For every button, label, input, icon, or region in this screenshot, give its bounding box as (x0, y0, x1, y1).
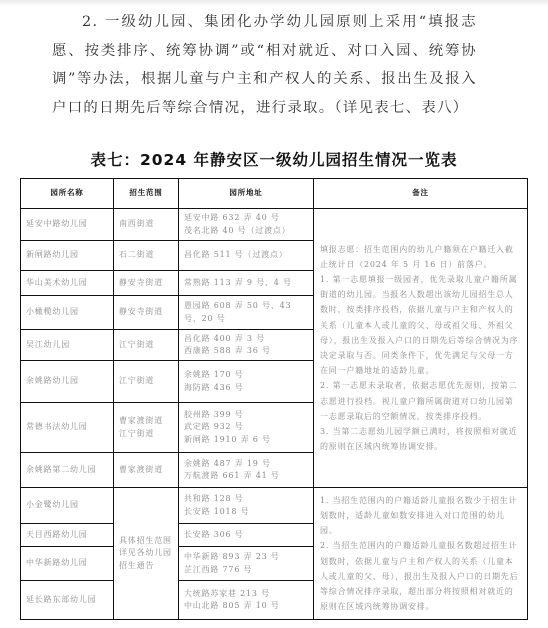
enrollment-range-merged: 具体招生范围详见各幼儿园招生通告 (114, 488, 179, 620)
remark-line: 3. 当第二志愿幼儿园学额已满时，将按照相对就近的原则在区域内统筹协调安排。 (320, 424, 521, 454)
address-line: 大统路苏家巷 213 号 (184, 588, 308, 601)
table-title: 表七：2024 年静安区一级幼儿园招生情况一览表 (0, 148, 548, 170)
kindergarten-name: 天目西路幼儿园 (21, 524, 114, 547)
address-line: 共和路 128 号 (184, 493, 308, 506)
enrollment-table: 园所名称 招生范围 园所地址 备注 延安中路幼儿园 南西街道 延安中路 632 … (20, 178, 528, 620)
remark-line: 1. 当招生范围内的户籍适龄儿童报名数少于招生计划数时，适龄儿童如数安排进入对口… (320, 493, 521, 539)
address-line: 愚园路 608 弄 50 号、43 号、20 号 (184, 301, 291, 323)
address-line: 新闸路 1910 弄 6 号 (184, 434, 308, 447)
kindergarten-name: 中华新路幼儿园 (21, 547, 114, 581)
table-row: 小金鹭幼儿园 具体招生范围详见各幼儿园招生通告 共和路 128 号 长安路 10… (21, 488, 528, 524)
page-top-shadow (0, 0, 548, 6)
enrollment-range: 江宁街道 (114, 330, 179, 361)
kindergarten-name: 延长路东部幼儿园 (21, 581, 114, 620)
address-line: 常熟路 113 弄 9 号、4 号 (184, 277, 308, 290)
kindergarten-name: 延安中路幼儿园 (21, 209, 114, 241)
address: 常熟路 113 弄 9 号、4 号 (179, 271, 314, 296)
address: 余姚路 487 弄 19 号 万航渡路 661 弄 41 号 (179, 453, 314, 488)
address-line: 延安中路 632 弄 40 号 (184, 212, 308, 225)
kindergarten-name: 余姚路第二幼儿园 (21, 453, 114, 488)
remarks-lower: 1. 当招生范围内的户籍适龄儿童报名数少于招生计划数时，适龄儿童如数安排进入对口… (314, 488, 528, 620)
kindergarten-name: 吴江幼儿园 (21, 330, 114, 361)
address: 愚园路 608 弄 50 号、43 号、20 号 (179, 296, 314, 330)
address: 延安中路 632 弄 40 号 茂名北路 40 号（过渡点） (179, 209, 314, 241)
address-line: 长安路 1018 号 (184, 506, 308, 519)
address: 余姚路 170 号 海防路 436 号 (179, 361, 314, 403)
remark-line: 填报志愿：招生范围内的幼儿户籍须在户籍迁入截止统计日（2024 年 5 月 16… (320, 242, 521, 272)
enrollment-range: 静安寺街道 (114, 296, 179, 330)
kindergarten-name: 小橄榄幼儿园 (21, 296, 114, 330)
address: 大统路苏家巷 213 号 中山北路 805 弄 10 号 (179, 581, 314, 620)
address: 中华新路 893 弄 23 号 芷江西路 776 号 (179, 547, 314, 581)
address-line: 中华新路 893 弄 23 号 (184, 551, 308, 564)
kindergarten-name: 新闸路幼儿园 (21, 241, 114, 271)
address: 共和路 128 号 长安路 1018 号 (179, 488, 314, 524)
address-line: 西康路 588 弄 36 号 (184, 345, 308, 358)
address-line: 海防路 436 号 (184, 382, 308, 395)
enrollment-range: 江宁街道 (114, 361, 179, 403)
enrollment-range: 曹家渡街道 (114, 453, 179, 488)
address-line: 万航渡路 661 弄 41 号 (184, 470, 308, 483)
kindergarten-name: 华山美术幼儿园 (21, 271, 114, 296)
address-line: 茂名北路 40 号（过渡点） (184, 225, 308, 238)
enrollment-range: 石二街道 (114, 241, 179, 271)
enrollment-range: 曹家渡街道 江宁街道 (114, 403, 179, 453)
kindergarten-name: 余姚路幼儿园 (21, 361, 114, 403)
address: 胶州路 399 号 武定路 932 号 新闸路 1910 弄 6 号 (179, 403, 314, 453)
address-line: 昌化路 400 弄 3 号 (184, 333, 308, 346)
address-line: 长安路 306 号 (184, 529, 308, 542)
intro-paragraph: 2. 一级幼儿园、集团化办学幼儿园原则上采用“填报志愿、按类排序、统筹协调”或“… (52, 8, 477, 122)
remarks-upper: 填报志愿：招生范围内的幼儿户籍须在户籍迁入截止统计日（2024 年 5 月 16… (314, 209, 528, 488)
address-line: 余姚路 170 号 (184, 369, 308, 382)
table-row: 延安中路幼儿园 南西街道 延安中路 632 弄 40 号 茂名北路 40 号（过… (21, 209, 528, 241)
remark-line: 1. 第一志愿填报一级园者，优先录取儿童户籍所属街道的幼儿园。当报名人数超出该幼… (320, 272, 521, 378)
address-line: 余姚路 487 弄 19 号 (184, 458, 308, 471)
address-line: 昌化路 511 号（过渡点） (184, 249, 308, 262)
address: 昌化路 511 号（过渡点） (179, 241, 314, 271)
header-remarks: 备注 (314, 179, 528, 209)
address-line: 胶州路 399 号 (184, 409, 308, 422)
header-address: 园所地址 (179, 179, 314, 209)
address-line: 中山北路 805 弄 10 号 (184, 600, 308, 613)
remark-line: 2. 当招生范围内的户籍适龄儿童报名数超过招生计划数时，依据儿童与户主和产权人的… (320, 538, 521, 614)
remark-line: 2. 第一志愿未录取者，依据志愿优先原则，按第二志愿进行投档。视儿童户籍所属街道… (320, 378, 521, 424)
enrollment-range: 南西街道 (114, 209, 179, 241)
kindergarten-name: 小金鹭幼儿园 (21, 488, 114, 524)
header-kindergarten-name: 园所名称 (21, 179, 114, 209)
header-enrollment-range: 招生范围 (114, 179, 179, 209)
address-line: 武定路 932 号 (184, 421, 308, 434)
table-header-row: 园所名称 招生范围 园所地址 备注 (21, 179, 528, 209)
address: 昌化路 400 弄 3 号 西康路 588 弄 36 号 (179, 330, 314, 361)
address: 长安路 306 号 (179, 524, 314, 547)
address-line: 芷江西路 776 号 (184, 564, 308, 577)
enrollment-range: 静安寺街道 (114, 271, 179, 296)
kindergarten-name: 常德书法幼儿园 (21, 403, 114, 453)
